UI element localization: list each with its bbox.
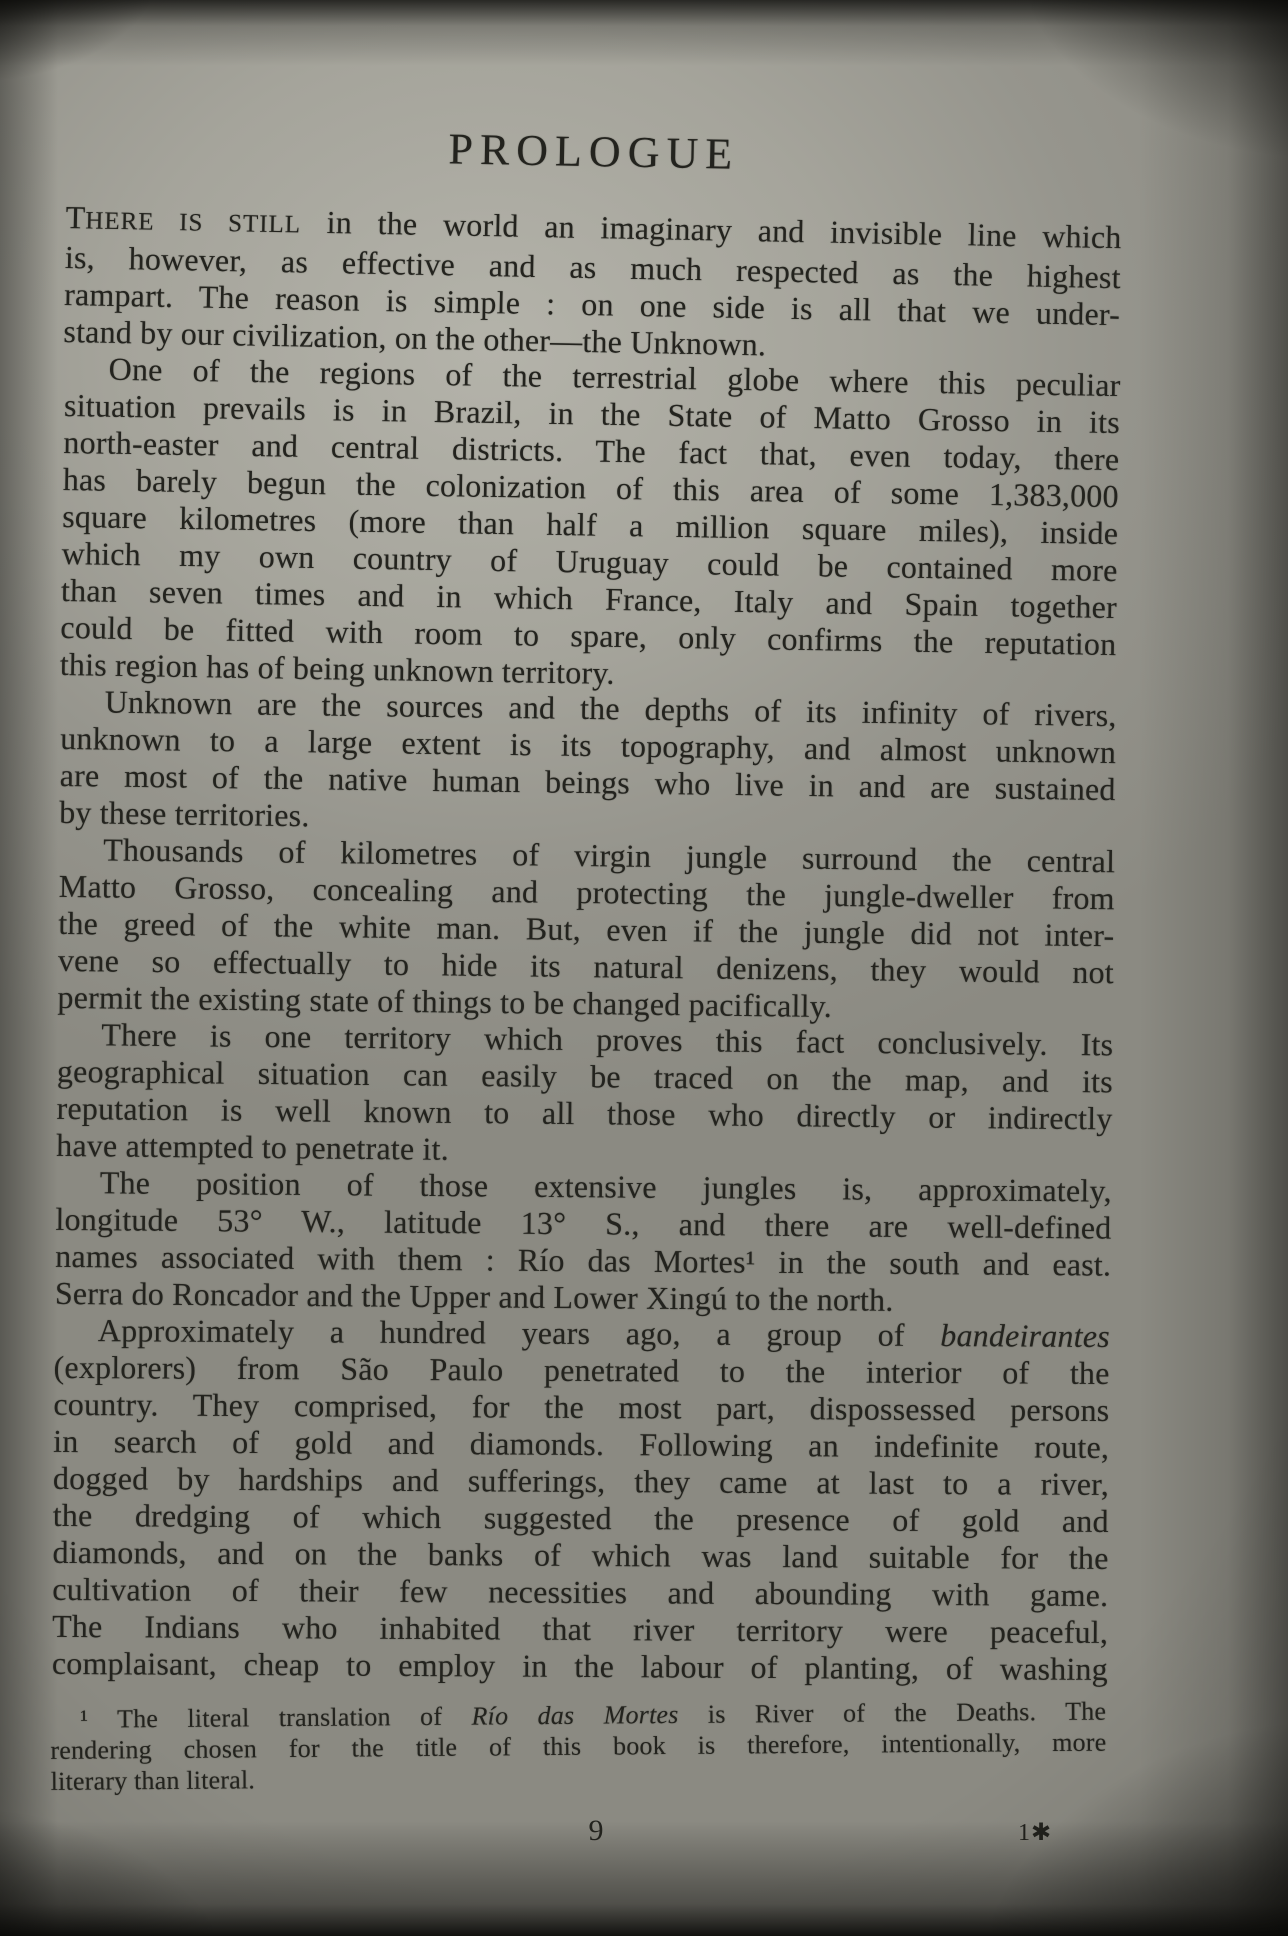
paragraph-3: Unknown are the sources and the depths o… [59,683,1117,845]
paragraph-1: THERE IS STILL in the world an imaginary… [63,199,1122,370]
paragraph-6: The position of those extensive jungles … [55,1164,1112,1321]
paragraph-2: One of the regions of the terrestrial gl… [60,350,1121,700]
text-line: the dredging of which suggested the pres… [53,1497,1109,1540]
signature-mark: 1✱ [1018,1818,1052,1847]
page-title: PROLOGUE [65,118,1122,185]
text-line: dogged by hardships and sufferings, they… [53,1460,1109,1503]
italic-term: Río das Mortes [471,1700,678,1731]
text-line: cultivation of their few necessities and… [52,1571,1108,1614]
paragraph-4: Thousands of kilometres of virgin jungle… [57,831,1115,1028]
text-line: The Indians who inhabited that river ter… [52,1608,1108,1651]
paragraph-7: Approximately a hundred years ago, a gro… [52,1312,1110,1688]
text-line: diamonds, and on the banks of which was … [52,1534,1108,1577]
text-line: in search of gold and diamonds. Followin… [53,1423,1109,1466]
book-photo: { "page": { "title": "PROLOGUE", "page_n… [0,0,1288,1936]
text-line: (explorers) from São Paulo penetrated to… [54,1349,1110,1392]
small-caps-opener: HERE IS STILL [85,207,301,238]
italic-term: bandeirantes [940,1317,1110,1354]
text-line: country. They comprised, for the most pa… [53,1386,1109,1429]
page-number: 9 [566,1814,626,1848]
text-block: PROLOGUE THERE IS STILL in the world an … [50,123,1122,1807]
paragraph-5: There is one territory which proves this… [56,1016,1113,1174]
text-line: complaisant, cheap to employ in the labo… [52,1645,1108,1688]
footnote: ¹ The literal translation of Río das Mor… [50,1696,1107,1797]
drop-cap: T [65,199,85,235]
text-line: Approximately a hundred years ago, a gro… [54,1312,1110,1355]
book-page: PROLOGUE THERE IS STILL in the world an … [0,0,1288,1936]
